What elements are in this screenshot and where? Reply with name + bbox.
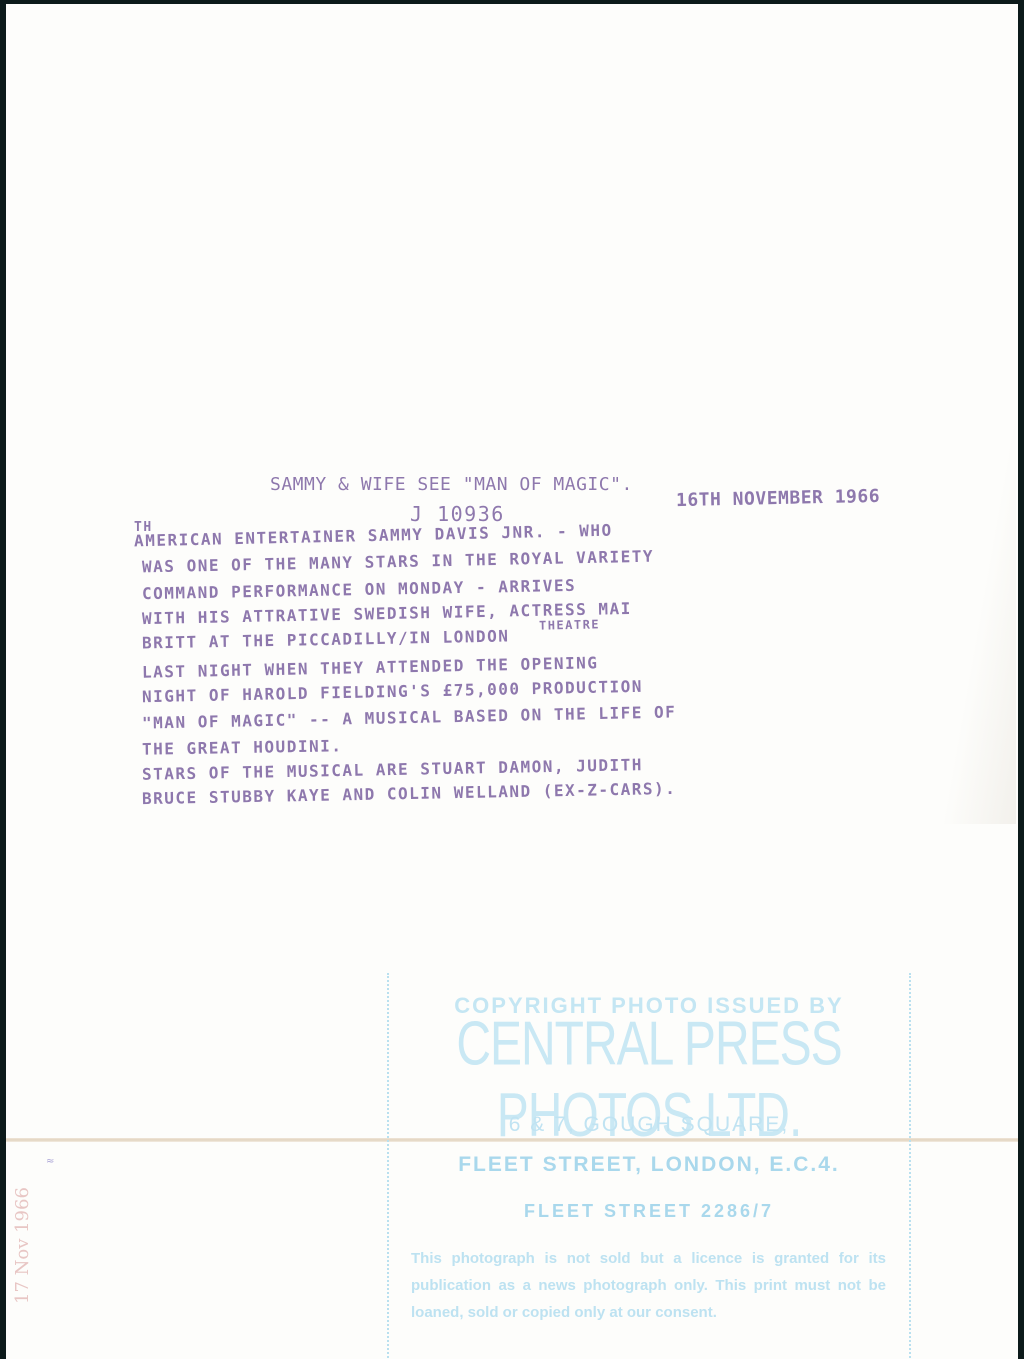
archive-mark: ≈ xyxy=(46,1156,54,1167)
copyright-stamp: COPYRIGHT PHOTO ISSUED BY CENTRAL PRESS … xyxy=(387,973,911,1358)
caption-line-6: LAST NIGHT WHEN THEY ATTENDED THE OPENIN… xyxy=(142,653,599,682)
stamp-phone: FLEET STREET 2286/7 xyxy=(389,1201,909,1222)
caption-line-1: AMERICAN ENTERTAINER SAMMY DAVIS JNR. - … xyxy=(134,521,613,551)
caption-line-7: NIGHT OF HAROLD FIELDING'S £75,000 PRODU… xyxy=(142,677,643,706)
caption-date: 16TH NOVEMBER 1966 xyxy=(676,486,880,511)
corner-crease xyxy=(916,344,1016,824)
caption-line-9: THE GREAT HOUDINI. xyxy=(142,736,343,758)
caption-line-8: "MAN OF MAGIC" -- A MUSICAL BASED ON THE… xyxy=(142,702,677,732)
caption-line-10: STARS OF THE MUSICAL ARE STUART DAMON, J… xyxy=(142,755,643,784)
caption-line-11: BRUCE STUBBY KAYE AND COLIN WELLAND (EX-… xyxy=(142,779,677,808)
caption-line-2: WAS ONE OF THE MANY STARS IN THE ROYAL V… xyxy=(142,547,654,577)
caption-headline: SAMMY & WIFE SEE "MAN OF MAGIC". xyxy=(270,474,633,495)
stamp-address-line-1: 6 & 7, GOUGH SQUARE, xyxy=(389,1113,909,1137)
caption-line-3: COMMAND PERFORMANCE ON MONDAY - ARRIVES xyxy=(142,576,576,603)
caption-overstrike-insert: THEATRE xyxy=(539,617,600,632)
caption-line-5: BRITT AT THE PICCADILLY/IN LONDON xyxy=(142,626,510,652)
photo-back-sheet: SAMMY & WIFE SEE "MAN OF MAGIC". 16TH NO… xyxy=(6,4,1018,1359)
stamp-address-line-2: FLEET STREET, LONDON, E.C.4. xyxy=(389,1153,909,1177)
pencil-date-note: 17 Nov 1966 xyxy=(12,1187,33,1304)
stamp-licence-notice: This photograph is not sold but a licenc… xyxy=(411,1245,886,1326)
